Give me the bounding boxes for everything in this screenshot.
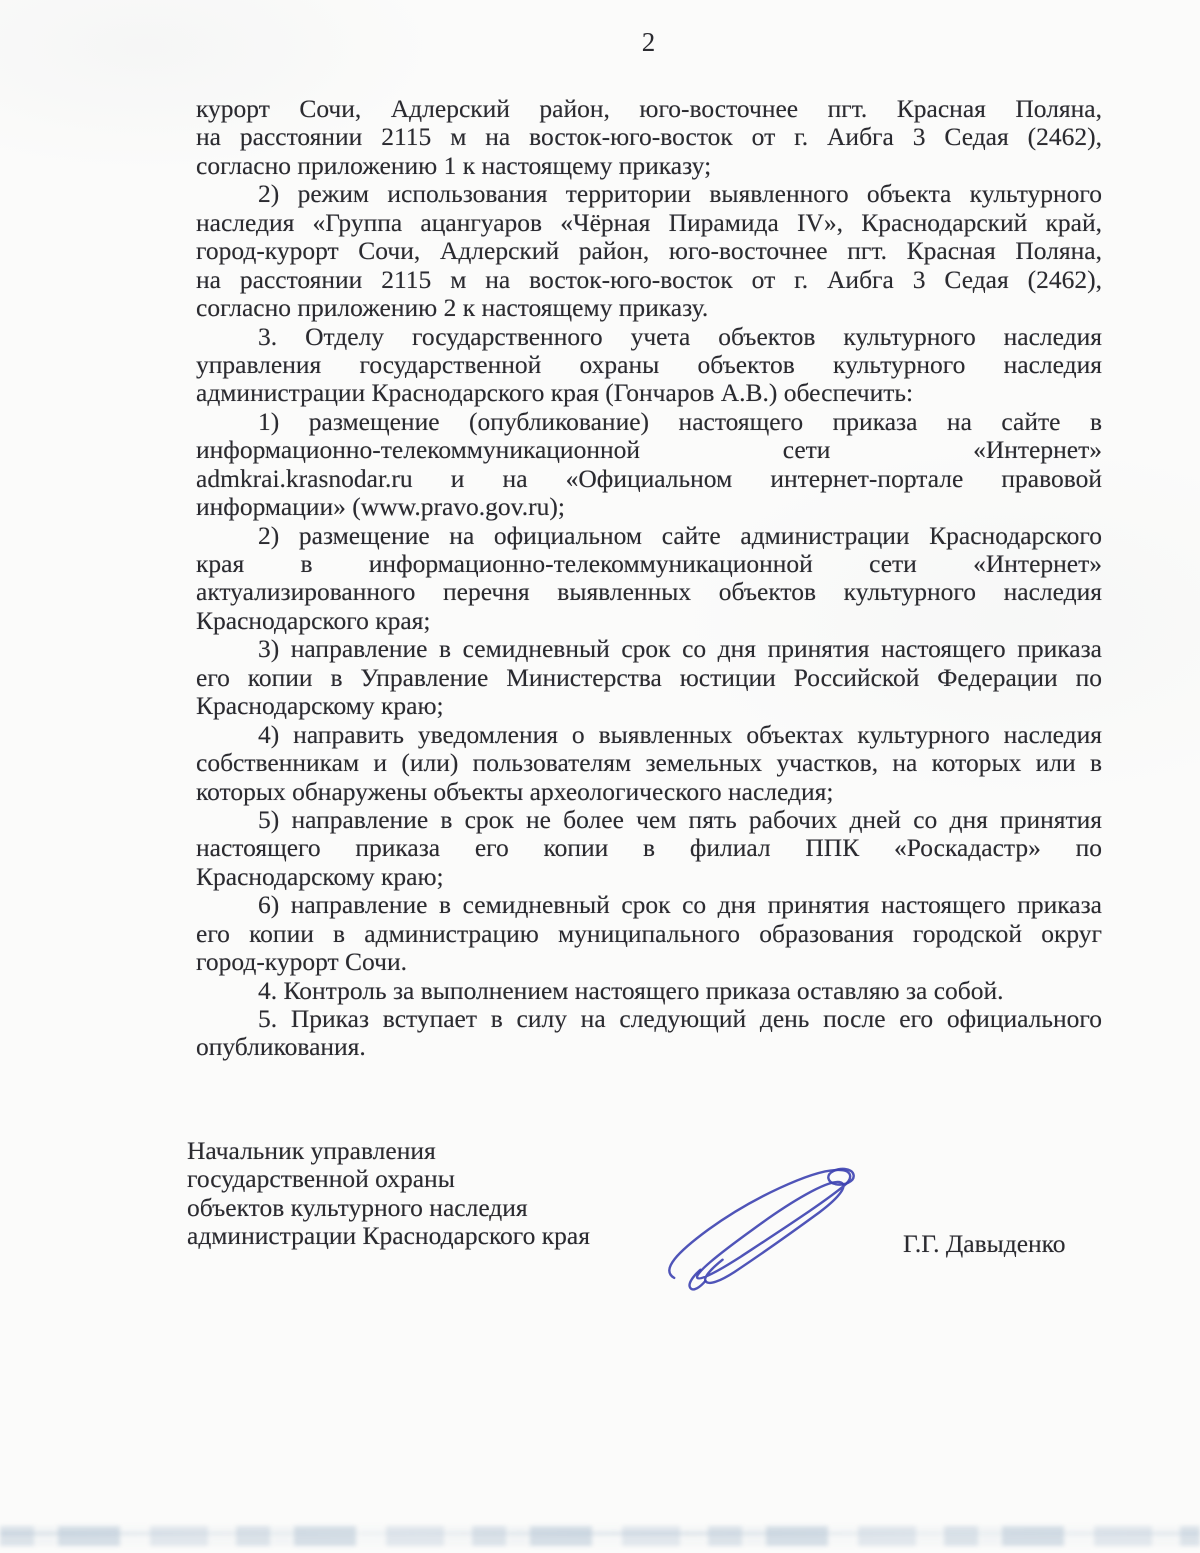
text-line: 3) направление в семидневный срок со дня… xyxy=(196,635,1102,663)
paragraph: 6) направление в семидневный срок со дня… xyxy=(196,891,1102,976)
text-line: опубликования. xyxy=(196,1033,1102,1061)
text-line: информационно-телекоммуникационной сети … xyxy=(196,436,1102,464)
scanner-artifact-band xyxy=(0,1526,1200,1546)
text-line: информации» (www.pravo.gov.ru); xyxy=(196,493,1102,521)
text-line: город-курорт Сочи, Адлерский район, юго-… xyxy=(196,237,1102,265)
text-line: наследия «Группа ацангуаров «Чёрная Пира… xyxy=(196,209,1102,237)
text-line: Краснодарскому краю; xyxy=(196,863,1102,891)
signer-name: Г.Г. Давыденко xyxy=(903,1229,1066,1259)
text-line: 2) режим использования территории выявле… xyxy=(196,180,1102,208)
text-line: которых обнаружены объекты археологическ… xyxy=(196,778,1102,806)
paragraph: 4. Контроль за выполнением настоящего пр… xyxy=(196,977,1102,1005)
text-line: администрации Краснодарского края (Гонча… xyxy=(196,379,1102,407)
text-line: Краснодарского края; xyxy=(196,607,1102,635)
signature-title-line: государственной охраны xyxy=(187,1165,590,1193)
paragraph: курорт Сочи, Адлерский район, юго-восточ… xyxy=(196,95,1102,180)
text-line: 5) направление в срок не более чем пять … xyxy=(196,806,1102,834)
text-line: на расстоянии 2115 м на восток-юго-восто… xyxy=(196,266,1102,294)
paragraph: 3) направление в семидневный срок со дня… xyxy=(196,635,1102,720)
text-line: 2) размещение на официальном сайте админ… xyxy=(196,522,1102,550)
text-line: 4) направить уведомления о выявленных об… xyxy=(196,721,1102,749)
text-line: 5. Приказ вступает в силу на следующий д… xyxy=(196,1005,1102,1033)
text-line: края в информационно-телекоммуникационно… xyxy=(196,550,1102,578)
paragraph: 5) направление в срок не более чем пять … xyxy=(196,806,1102,891)
signature-title-line: Начальник управления xyxy=(187,1137,590,1165)
text-line: на расстоянии 2115 м на восток-юго-восто… xyxy=(196,123,1102,151)
text-line: согласно приложению 1 к настоящему прика… xyxy=(196,152,1102,180)
text-line: 6) направление в семидневный срок со дня… xyxy=(196,891,1102,919)
paragraph: 2) режим использования территории выявле… xyxy=(196,180,1102,322)
paragraph: 3. Отделу государственного учета объекто… xyxy=(196,323,1102,408)
signature-title-line: администрации Краснодарского края xyxy=(187,1222,590,1250)
document-page: 2 курорт Сочи, Адлерский район, юго-вост… xyxy=(0,0,1200,1553)
signature-block: Начальник управлениягосударственной охра… xyxy=(187,1137,590,1251)
paragraph: 2) размещение на официальном сайте админ… xyxy=(196,522,1102,636)
signature-title-line: объектов культурного наследия xyxy=(187,1194,590,1222)
signature-scribble xyxy=(660,1167,892,1293)
text-line: собственникам и (или) пользователям земе… xyxy=(196,749,1102,777)
text-line: 4. Контроль за выполнением настоящего пр… xyxy=(196,977,1102,1005)
text-line: admkrai.krasnodar.ru и на «Официальном и… xyxy=(196,465,1102,493)
paragraph: 1) размещение (опубликование) настоящего… xyxy=(196,408,1102,522)
text-line: Краснодарскому краю; xyxy=(196,692,1102,720)
page-number: 2 xyxy=(196,27,1102,58)
document-body: курорт Сочи, Адлерский район, юго-восточ… xyxy=(196,95,1102,1062)
text-line: настоящего приказа его копии в филиал ПП… xyxy=(196,834,1102,862)
text-line: курорт Сочи, Адлерский район, юго-восточ… xyxy=(196,95,1102,123)
text-line: город-курорт Сочи. xyxy=(196,948,1102,976)
text-line: актуализированного перечня выявленных об… xyxy=(196,578,1102,606)
paragraph: 4) направить уведомления о выявленных об… xyxy=(196,721,1102,806)
paragraph: 5. Приказ вступает в силу на следующий д… xyxy=(196,1005,1102,1062)
text-line: 3. Отделу государственного учета объекто… xyxy=(196,323,1102,351)
text-line: его копии в Управление Министерства юсти… xyxy=(196,664,1102,692)
text-line: управления государственной охраны объект… xyxy=(196,351,1102,379)
text-line: его копии в администрацию муниципального… xyxy=(196,920,1102,948)
text-line: согласно приложению 2 к настоящему прика… xyxy=(196,294,1102,322)
text-line: 1) размещение (опубликование) настоящего… xyxy=(196,408,1102,436)
